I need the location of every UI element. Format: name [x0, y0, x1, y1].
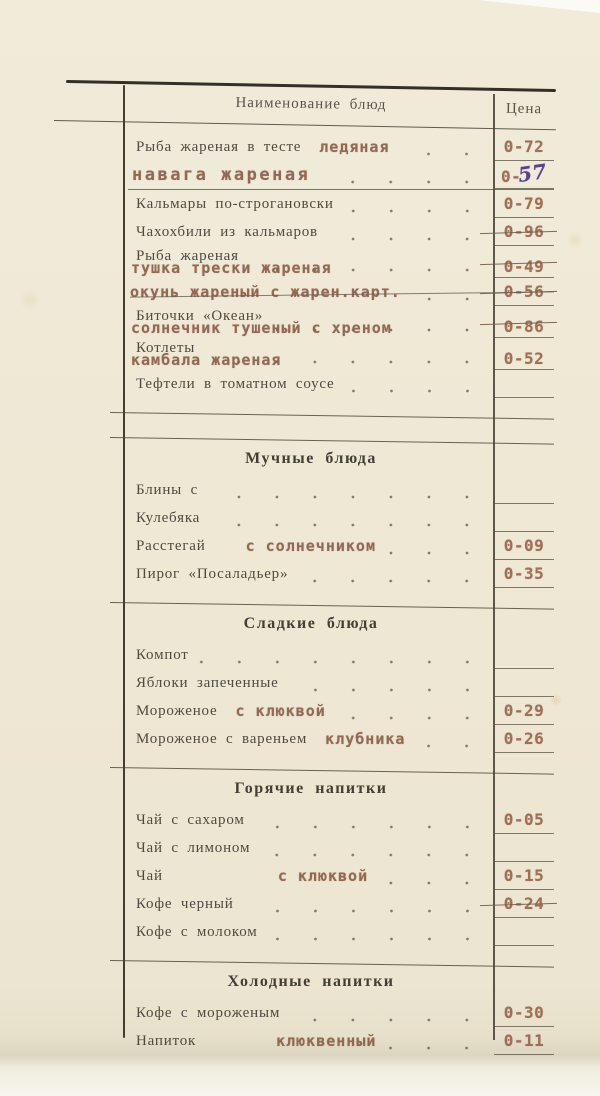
menu-row: Кулебяка: [128, 504, 554, 532]
dotted-leader: [336, 716, 486, 720]
dotted-leader: [268, 937, 486, 941]
menu-table-body: Рыба жареная в тестеледяная0-72навага жа…: [128, 133, 554, 1055]
menu-row: окунь жареный с жарен.карт.0-56: [128, 278, 554, 306]
dish-name: Чай с лимоном: [128, 840, 250, 857]
price-cell: 0-56: [494, 278, 554, 306]
menu-row: Рыба жаренаятушка трески жареная0-49: [128, 246, 554, 278]
dish-name: Мороженое с вареньем: [128, 731, 307, 748]
table-top-border: [66, 80, 556, 92]
dish-name: Кофе черный: [128, 896, 234, 913]
stamped-dish-name: окунь жареный с жарен.карт.: [130, 283, 401, 301]
price-cell: [494, 669, 554, 697]
price-cell: [494, 504, 554, 532]
dish-name: Рыба жареная в тесте: [128, 139, 301, 156]
price-cell: 0-86: [494, 308, 554, 338]
dotted-leader: [411, 297, 486, 301]
price-value: 0-24: [504, 894, 545, 913]
menu-row: Котлетыкамбала жареная0-52: [128, 338, 554, 370]
price-value: 0-05: [504, 810, 545, 829]
price-cell: 0-35: [494, 560, 554, 588]
menu-row: Чай с сахаром0-05: [128, 806, 554, 834]
section-title: Горячие напитки: [128, 772, 494, 806]
dish-name: Тефтели в томатном соусе: [128, 376, 335, 393]
price-value: 0-49: [504, 257, 545, 276]
price-cell: 0-52: [494, 340, 554, 370]
price-cell: 0-57: [494, 161, 554, 189]
menu-row: Яблоки запеченные: [128, 669, 554, 697]
price-value: 0-26: [504, 729, 545, 748]
dotted-leader: [378, 881, 486, 885]
dish-name: Кальмары по-строгановски: [128, 196, 334, 213]
dish-name: Чай с сахаром: [128, 812, 245, 829]
menu-page-scan: Наименование блюд Цена Рыба жареная в те…: [0, 0, 600, 1096]
price-cell: 0-30: [494, 999, 554, 1027]
menu-row: Блины с: [128, 476, 554, 504]
dotted-leader: [328, 237, 486, 241]
dish-name: Напиток: [128, 1033, 196, 1050]
dotted-leader: [399, 152, 486, 156]
dotted-leader: [320, 180, 486, 184]
price-value: 0-11: [504, 1031, 545, 1050]
price-cell: [494, 641, 554, 669]
section-title-text: Холодные напитки: [227, 973, 394, 991]
dotted-leader: [415, 744, 486, 748]
menu-row: Тефтели в томатном соусе: [128, 370, 554, 398]
dish-name: Чай: [128, 868, 163, 885]
menu-row: Компот: [128, 641, 554, 669]
menu-row: навага жареная0-57: [128, 161, 554, 190]
menu-row: Биточки «Океан»солнечник тушеный с хрено…: [128, 306, 554, 338]
price-cell: [494, 834, 554, 862]
dotted-leader: [244, 909, 486, 913]
stamped-dish-name: с клюквой: [278, 867, 368, 885]
menu-row: Кофе с молоком: [128, 918, 554, 946]
price-value: 0-79: [504, 194, 545, 213]
price-value: 0-52: [504, 349, 545, 368]
dotted-leader: [298, 579, 486, 583]
price-cell: [494, 370, 554, 398]
menu-row: Расстегайс солнечником0-09: [128, 532, 554, 560]
dotted-leader: [386, 1046, 486, 1050]
dish-name: Мороженое: [128, 703, 217, 720]
price-cell: 0-15: [494, 862, 554, 890]
dotted-leader: [290, 1018, 486, 1022]
handwritten-price: 57: [517, 159, 549, 187]
section-title: Сладкие блюда: [128, 607, 494, 641]
section-title: Мучные блюда: [128, 442, 494, 476]
menu-row: Пирог «Посаладьер»0-35: [128, 560, 554, 588]
menu-row: Рыба жареная в тестеледяная0-72: [128, 133, 554, 161]
menu-row: Чай с лимоном: [128, 834, 554, 862]
menu-row: Чахохбили из кальмаров0-96: [128, 218, 554, 246]
dish-name: Кофе с мороженым: [128, 1005, 280, 1022]
menu-row: Мороженоес клюквой0-29: [128, 697, 554, 725]
dish-name: Блины с: [128, 482, 198, 499]
stamped-dish-name: тушка трески жареная: [131, 259, 332, 277]
column-header-price: Цена: [494, 101, 554, 119]
price-cell: 0-29: [494, 697, 554, 725]
price-value: 0-35: [504, 564, 545, 583]
dotted-leader: [210, 523, 486, 527]
menu-row: Кофе черный0-24: [128, 890, 554, 918]
stamped-dish-name: клюквенный: [276, 1032, 376, 1050]
price-cell: 0-49: [494, 248, 554, 278]
section-separator-line: [110, 412, 554, 420]
price-value: 0-72: [504, 137, 545, 156]
dish-name: Кулебяка: [128, 510, 200, 527]
stamped-dish-name: камбала жареная: [131, 351, 281, 369]
price-value: 0-96: [504, 222, 545, 241]
price-cell: [494, 476, 554, 504]
price-cell: 0-05: [494, 806, 554, 834]
stamped-dish-name: солнечник тушеный с хреном: [131, 319, 392, 337]
dotted-leader: [386, 551, 486, 555]
dotted-leader: [260, 853, 486, 857]
price-value: 0-30: [504, 1003, 545, 1022]
menu-row: Чайс клюквой0-15: [128, 862, 554, 890]
price-cell: 0-79: [494, 190, 554, 218]
menu-row: Кофе с мороженым0-30: [128, 999, 554, 1027]
price-value: 0-09: [504, 536, 545, 555]
table-left-border: [123, 85, 125, 1038]
price-cell: 0-96: [494, 218, 554, 246]
price-value: 0-15: [504, 866, 545, 885]
dotted-leader: [289, 688, 486, 692]
price-cell: 0-24: [494, 890, 554, 918]
price-value: 0-56: [504, 282, 545, 301]
price-cell: [494, 918, 554, 946]
menu-row: Мороженое с вареньемклубника0-26: [128, 725, 554, 753]
stamped-dish-name: навага жареная: [130, 165, 310, 185]
price-cell: 0-72: [494, 133, 554, 161]
price-cell: 0-09: [494, 532, 554, 560]
menu-row: Кальмары по-строгановски0-79: [128, 190, 554, 218]
section-title-text: Мучные блюда: [245, 450, 377, 468]
dotted-leader: [255, 825, 486, 829]
column-header-dishes: Наименование блюд: [128, 93, 494, 116]
dish-name: Пирог «Посаладьер»: [128, 566, 288, 583]
dotted-leader: [345, 389, 486, 393]
dotted-leader: [199, 660, 486, 664]
dish-name: Расстегай: [128, 538, 206, 555]
dish-name: Чахохбили из кальмаров: [128, 224, 318, 241]
section-title-text: Горячие напитки: [235, 780, 388, 798]
price-value: 0-29: [504, 701, 545, 720]
price-cell: 0-11: [494, 1027, 554, 1055]
dish-name: Компот: [128, 647, 189, 664]
stamped-dish-name: с солнечником: [246, 537, 376, 555]
menu-row: Напитокклюквенный0-11: [128, 1027, 554, 1055]
paper-corner-edge: [478, 0, 600, 13]
header-underline: [54, 120, 556, 130]
dish-name: Яблоки запеченные: [128, 675, 279, 692]
dotted-leader: [208, 495, 486, 499]
section-title: Холодные напитки: [128, 965, 494, 999]
stamped-dish-name: клубника: [325, 730, 405, 748]
dish-name: Кофе с молоком: [128, 924, 258, 941]
price-value: 0-86: [504, 317, 545, 336]
dotted-leader: [344, 209, 486, 213]
section-title-text: Сладкие блюда: [244, 615, 379, 633]
stamped-dish-name: ледяная: [319, 138, 389, 156]
price-value: 0-57: [501, 163, 547, 187]
price-cell: 0-26: [494, 725, 554, 753]
stamped-dish-name: с клюквой: [235, 702, 325, 720]
